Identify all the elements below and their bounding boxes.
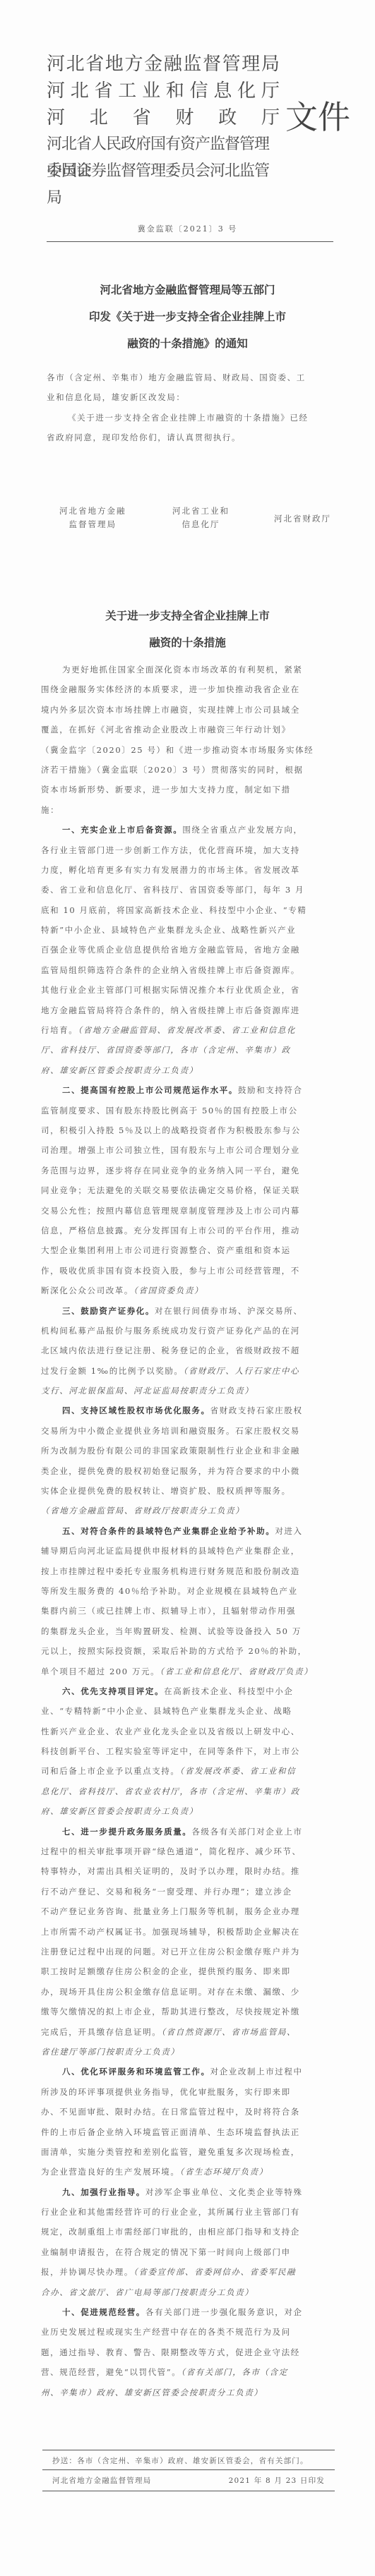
text-line: 过发行金额 1‰的比例予以奖励。（省财政厅、人行石家庄中心 (41, 1361, 335, 1381)
text-line: 报，并协调尽快办理。（省委宣传部、省委网信办、省委军民融 (41, 2262, 335, 2282)
text-line: 北区域内依法进行登记注册、税务登记的企业，省级财政按不超 (41, 1341, 335, 1360)
measure-heading: 八、优化环评服务和环境监管工作。 (62, 2067, 210, 2076)
text-line: 业编制申请报告，在符合规定的情况下第一时间向上级部门申 (41, 2242, 335, 2262)
responsible-departments: （省发展改革委、省工业和信 (180, 1766, 297, 1776)
text-line: 营、规范经营，避免“以罚代管”。（省有关部门，各市（含定 (41, 2362, 335, 2382)
text-line: 省住建厅等部门按职责分工负责） (41, 2042, 335, 2062)
text-line: 底和 10 月底前，将国家高新技术企业、科技型中小企业、“专精 (41, 900, 335, 920)
measures-body: 为更好地抓住国家全面深化资本市场改革的有利契机，紧紧围绕金融服务实体经济的本质要… (41, 660, 335, 2402)
doc-type-label: 文件 (285, 96, 350, 138)
measure-heading-line: 四、支持区域性股权市场优化服务。省财政支持石家庄股权 (41, 1401, 335, 1420)
text-line: 行不动产登记、交易和税务“一窗受理、并行办理”；建立涉企 (41, 1882, 335, 1901)
text-line: 府、雄安新区管委会按职责分工负责） (41, 1060, 335, 1080)
issuer-line: 中国证券监督管理委员会河北监管局 (47, 158, 280, 185)
text-line: 上市所需不动产权属证书。加强现场辅导，积极帮助企业解决在 (41, 1922, 335, 1942)
text-line: 同业竞争；无法避免的关联交易要依法确定交易价格，保证关联 (41, 1180, 335, 1200)
text-line: 监管局组织筛选符合条件的企业纳入省级挂牌上市后备资源库。 (41, 960, 335, 980)
issuer-char: 北 (71, 78, 89, 104)
issuer-char: 北 (90, 104, 108, 131)
text-line: 百强企业等优质企业信息提供给省地方金融监管局，省地方金融 (41, 940, 335, 960)
text-line: 等所发生服务费的 40％给予补助。对企业规模在县域特色产业 (41, 1581, 335, 1601)
signature-finance-dept: 河北省财政厅 (274, 512, 331, 526)
text-line: 业历史发展过程或现实生产经营中存在的各类不规范行为及问 (41, 2322, 335, 2342)
text-line: 所为改制为股份有限公司的非国家政策限制性行业企业和非金融 (41, 1441, 335, 1461)
text-line: 为企业营造良好的生产发展环境。（省生态环境厅负责） (41, 2162, 335, 2182)
measure-heading-line: 五、对符合条件的县域特色产业集群企业给予补助。对进入 (41, 1521, 335, 1541)
responsible-departments: 厅、省科技厅、省国资委等部门，各市（含定州、辛集市）政 (41, 1045, 291, 1055)
issuer-char: 厅 (261, 104, 280, 131)
responsible-departments: （省工业和信息化厅、省财政厅负责） (160, 1667, 313, 1676)
responsible-departments: （省国资委负责） (133, 1286, 203, 1295)
measure-heading-line: 十、促进规范经营。各有关部门进一步强化服务意识，对企 (41, 2302, 335, 2322)
text-line: 围绕金融服务实体经济的本质要求，进一步加快推动我省企业在 (41, 679, 335, 699)
text-line: 资本市场新形势、新要求，进一步加大支持力度，制定如下措 (41, 780, 335, 799)
issue-date: 2021 年 8 月 23 日印发 (229, 2471, 325, 2491)
responsible-departments: 府、雄安新区管委会按职责分工负责） (41, 1806, 198, 1816)
text-line: 力度，孵化培育更多有实力有发展潜力的市场主体。省发展改革 (41, 860, 335, 880)
measure-heading: 四、支持区域性股权市场优化服务。 (62, 1405, 210, 1415)
text-line: 集群内前三（或已挂牌上市、拟辅导上市），且辐射带动作用强 (41, 1601, 335, 1621)
text-line: 为更好地抓住国家全面深化资本市场改革的有利契机，紧紧 (41, 660, 335, 679)
responsible-departments: （省地方金融监管局、省财政厅按职责分工负责） (41, 1506, 244, 1516)
issuer-char: 省 (95, 78, 113, 104)
measure-heading-line: 八、优化环评服务和环境监管工作。对企业改制上市过程中 (41, 2062, 335, 2081)
measure-heading-line: 二、提高国有控股上市公司规范运作水平。鼓励和支持符合 (41, 1080, 335, 1100)
text-line: 实体企业提供免费的股权转让、增资扩股、股权质押等服务。 (41, 1481, 335, 1501)
measure-heading-line: 一、充实企业上市后备资源。围绕全省重点产业发展方向， (41, 820, 335, 840)
issuer-char: 融 (164, 51, 182, 78)
issuer-char: 河 (47, 78, 65, 104)
text-line: 业和信息化局，雄安新区改发局： (47, 388, 336, 408)
text-line: 机构间私募产品报价与服务系统成功发行资产证券化产品的在河 (41, 1321, 335, 1341)
text-line: 司，积极引入持股 5％及以上的战略投资者作为积极股东参与公 (41, 1120, 335, 1140)
text-line: 题，通过指导、教育、警告、限期整改等方式，促进企业守法经 (41, 2342, 335, 2362)
measures-title: 关于进一步支持全省企业挂牌上市 融资的十条措施 (0, 603, 375, 656)
text-line: 办、不见面审批、限时办结。在日常监管过程中，及时将符合条 (41, 2102, 335, 2122)
responsible-departments: （省地方金融监管局、省发展改革委、省工业和信息化 (78, 1025, 296, 1035)
issuer-name: 河北省地方金融监督管理局 (52, 2471, 151, 2491)
text-line: 省政府同意，现印发给你们，请认真贯彻执行。 (47, 428, 336, 448)
text-line: 州、辛集市）政府、雄安新区管委会按职责分工负责） (41, 2383, 335, 2402)
signature-finance-bureau: 河北省地方金融 监督管理局 (59, 504, 126, 531)
responsible-departments: 合办、省文旅厅、省广电局等部门按职责分工负责） (41, 2287, 254, 2297)
notice-title: 河北省地方金融监督管理局等五部门 印发《关于进一步支持全省企业挂牌上市 融资的十… (0, 277, 375, 357)
issuer-line: 河北省人民政府国有资产监督管理委员会 (47, 131, 280, 158)
text-line: 交易公允性；按照内幕信息管理规章制度管理涉及上市公司内幕 (41, 1201, 335, 1221)
document-page: 河北省地方金融监督管理局 河北省工业和信息化厅 河北省财政厅 河北省人民政府国有… (0, 0, 375, 2576)
responsible-departments: 息化厅、省科技厅、省农业农村厅，各市（含定州、辛集市）政 (41, 1786, 300, 1796)
signature-industry-dept: 河北省工业和 信息化厅 (172, 504, 230, 531)
text-line: 厅、省科技厅、省国资委等部门，各市（含定州、辛集市）政 (41, 1040, 335, 1060)
text-line: 其他行业企业主管部门可根据实际情况推介本行业优质企业，省 (41, 980, 335, 1000)
text-line: 支行、河北银保监局、河北证监局按职责分工负责） (41, 1381, 335, 1401)
issuer-char: 省 (85, 51, 104, 78)
issuer-char: 河 (47, 104, 65, 131)
responsible-departments: 支行、河北银保监局、河北证监局按职责分工负责） (41, 1386, 254, 1396)
footer: 抄送：各市（含定州、辛集市）政府、雄安新区管委会，省有关部门。 (42, 2451, 335, 2471)
text-line: 施： (41, 800, 335, 820)
text-line: 行业企业和其他需经营许可的行业企业，其所属行业主管部门有 (41, 2202, 335, 2222)
text-line: 元以上，按照实际投资额，采取后补助的方式给予 20％的补助， (41, 1641, 335, 1661)
text-line: 性新兴产业企业、农业产业化龙头企业以及省级以上研发中心、 (41, 1722, 335, 1741)
issuer-line: 河北省财政厅 (47, 104, 280, 131)
text-line: 大型企业集团利用上市公司进行资源整合、资产重组和资本运 (41, 1240, 335, 1260)
issuer-char: 中国证券监督管理委员会河北监管局 (47, 158, 280, 185)
issuer-char: 河北省人民政府国有资产监督管理委员会 (47, 131, 280, 158)
text-line: 各行业主管部门进一步创新工作方法，优化营商环境，加大支持 (41, 840, 335, 860)
text-line: 完成后，开具缴存信息证明。（省自然资源厅、省市场监管局、 (41, 2022, 335, 2042)
issuer-char: 政 (218, 104, 237, 131)
text-line: 按上市挂牌过程中委托专业服务机构进行财务规范和股份制改造 (41, 1561, 335, 1581)
text-line: 委、省工业和信息化厅、省科技厅、省国资委等部门，每年 3 月 (41, 880, 335, 900)
text-line: 司和后备上市企业予以重点支持。（省发展改革委、省工业和信 (41, 1761, 335, 1781)
measure-heading: 五、对符合条件的县域特色产业集群企业给予补助。 (62, 1526, 275, 1536)
text-line: 过程中的相关审批事项开辟“绿色通道”，简化程序、减少环节、 (41, 1842, 335, 1861)
text-line: 监管制度要求、国有股东持股比例高于 50％的国有控股上市公 (41, 1101, 335, 1120)
issuer-char: 化 (237, 78, 256, 104)
issuer-char: 督 (203, 51, 221, 78)
text-line: 职工按时足额缴存住房公积金的企业，提供预约服务、即来即 (41, 1961, 335, 1981)
responsible-departments: （省有关部门，各市（含定 (181, 2367, 287, 2377)
text-line: 《关于进一步支持全省企业挂牌上市融资的十条措施》已经 (47, 409, 336, 428)
text-line: 覆盖，在抓好《河北省推动企业股改上市融资三年行动计划》 (41, 720, 335, 739)
text-line: 辅导期后向河北证监局提供申报材料的县域特色产业集群企业， (41, 1541, 335, 1561)
responsible-departments: （省自然资源厅、省市场监管局、 (161, 2027, 296, 2037)
text-line: 科技创新平台、工程实验室等评定中，在同等条件下，对上市公 (41, 1741, 335, 1761)
measure-heading: 二、提高国有控股上市公司规范运作水平。 (62, 1085, 238, 1095)
text-line: 府、雄安新区管委会按职责分工负责） (41, 1801, 335, 1821)
text-line: （冀金监字〔2020〕25 号）和《进一步推动资本市场服务实体经 (41, 740, 335, 760)
text-line: 类企业，提供免费的股权初始登记服务，并为符合要求的中小微 (41, 1461, 335, 1481)
issuer-line: 河北省地方金融监督管理局 (47, 51, 280, 78)
issuer-char: 省 (133, 104, 151, 131)
text-line: 地方金融监管局将符合条件的，纳入省级挂牌上市后备资源库进 (41, 1000, 335, 1020)
measure-heading: 六、优先支持项目评定。 (62, 1686, 164, 1696)
responsible-departments: （省委宣传部、省委网信办、省委军民融 (133, 2267, 296, 2277)
text-line: 面清单，实施分类管控和差别化监管，避免重复多次现场检查， (41, 2142, 335, 2162)
text-line: 不动产登记业务咨询、批量业务上门服务等机制，服务企业办理 (41, 1901, 335, 1921)
text-line: 业、“专精特新”中小企业、县域特色产业集群龙头企业、战略 (41, 1701, 335, 1721)
measure-heading: 一、充实企业上市后备资源。 (62, 825, 182, 835)
responsible-departments: 省住建厅等部门按职责分工负责） (41, 2047, 180, 2057)
text-line: 合办、省文旅厅、省广电局等部门按职责分工负责） (41, 2282, 335, 2302)
text-line: 各市（含定州、辛集市）地方金融监管局、财政局、国资委、工 (47, 368, 336, 388)
measure-heading: 七、进一步提升政务服务质量。 (62, 1827, 191, 1837)
measure-heading: 九、加强行业指导。 (62, 2187, 145, 2197)
issuer-char: 信 (190, 78, 208, 104)
issuer-char: 金 (144, 51, 162, 78)
text-line: 办，现场开具住房公积金缴存信息证明。对存在未缴、漏缴、少 (41, 1982, 335, 2002)
issuer-char: 厅 (261, 78, 280, 104)
issuer-char: 工 (118, 78, 136, 104)
issuer-char: 管 (222, 51, 241, 78)
text-line: 务范围与边界，逐步将存在同业竞争的业务纳入同一平台，避免 (41, 1161, 335, 1180)
issuer-char: 北 (66, 51, 85, 78)
text-line: 缴等欠缴情况的拟上市企业，帮助其进行整改，尽快按规定补缴 (41, 2002, 335, 2021)
responsible-departments: 府、雄安新区管委会按职责分工负责） (41, 1065, 198, 1075)
text-line: 息化厅、省科技厅、省农业农村厅，各市（含定州、辛集市）政 (41, 1782, 335, 1801)
issuer-line: 河北省工业和信息化厅 (47, 78, 280, 104)
issuer-char: 监 (183, 51, 201, 78)
text-line: 断深化公众公司改革。（省国资委负责） (41, 1281, 335, 1300)
footer-top-rule (42, 2450, 335, 2450)
responsible-departments: （省生态环境厅负责） (180, 2167, 268, 2177)
text-line: 特事特办，对需出具相关证明的，及时予以办理，限时办结。推 (41, 1861, 335, 1881)
notice-body: 各市（含定州、辛集市）地方金融监管局、财政局、国资委、工业和信息化局，雄安新区改… (47, 368, 336, 449)
text-line: 件的上市后备企业纳入环境监管正面清单、生态环境监督执法正 (41, 2122, 335, 2142)
responsible-departments: （省财政厅、人行石家庄中心 (184, 1366, 300, 1376)
issuer-char: 河 (47, 51, 65, 78)
issuer-char: 方 (125, 51, 143, 78)
text-line: 注册登记过程中出现的问题。对已开立住房公积金缴存账户并为 (41, 1942, 335, 1961)
measure-heading-line: 九、加强行业指导。对涉军企事业单位、文化类企业等特殊 (41, 2182, 335, 2202)
measure-heading: 十、促进规范经营。 (62, 2307, 145, 2317)
text-line: 的集群龙头企业，当年购置研发、检测、试验等设备投入 50 万 (41, 1621, 335, 1641)
footer-mid-rule (42, 2469, 335, 2470)
issuer-char: 财 (175, 104, 194, 131)
text-line: 行培育。（省地方金融监管局、省发展改革委、省工业和信息化 (41, 1020, 335, 1040)
header-divider (47, 241, 333, 242)
issuer-char: 息 (213, 78, 232, 104)
issuer-char: 业 (142, 78, 160, 104)
issuer-char: 和 (166, 78, 184, 104)
text-line: 济若干措施》（冀金监联〔2020〕3 号）贯彻落实的同时，根据 (41, 760, 335, 780)
text-line: 特新”中小企业、县域特色产业集群龙头企业、战略性新兴产业 (41, 920, 335, 940)
footer-bottom-rule (42, 2491, 335, 2491)
text-line: 境内外多层次资本市场挂牌上市融资，实现挂牌上市公司县域全 (41, 700, 335, 720)
text-line: 单个项目不超过 200 万元。（省工业和信息化厅、省财政厅负责） (41, 1662, 335, 1681)
text-line: 信息，严格信息披露。充分发挥国有上市公司的平台作用，推动 (41, 1221, 335, 1240)
document-number: 冀金监联〔2021〕3 号 (0, 223, 375, 234)
issuer-char: 理 (242, 51, 260, 78)
measure-heading: 三、鼓励资产证券化。 (62, 1306, 155, 1316)
issuer-char: 地 (105, 51, 124, 78)
text-line: 所涉及的环评事项提供业务指导，优化审批服务，实行即来即 (41, 2082, 335, 2102)
measure-heading-line: 七、进一步提升政务服务质量。各级各有关部门对企业上市 (41, 1822, 335, 1842)
text-line: （省地方金融监管局、省财政厅按职责分工负责） (41, 1501, 335, 1520)
text-line: 司治理。增强上市公司独立性，国有股东与上市公司合理划分业 (41, 1140, 335, 1160)
text-line: 规定，改制重组上市需经部门审批的，由相应部门指导和支持企 (41, 2222, 335, 2242)
footer-issuer: 河北省地方金融监督管理局 2021 年 8 月 23 日印发 (42, 2471, 335, 2491)
measure-heading-line: 三、鼓励资产证券化。对在银行间债券市场、沪深交易所、 (41, 1301, 335, 1321)
responsible-departments: 州、辛集市）政府、雄安新区管委会按职责分工负责） (41, 2388, 263, 2397)
text-line: 交易所为中小微企业提供业务培训和融资服务。石家庄股权交易 (41, 1421, 335, 1441)
measure-heading-line: 六、优先支持项目评定。在高新技术企业、科技型中小企 (41, 1681, 335, 1701)
text-line: 作，吸收优质非国有资本投资入股，参与上市公司经营管理，不 (41, 1261, 335, 1281)
issuer-char: 局 (261, 51, 280, 78)
cc-line: 抄送：各市（含定州、辛集市）政府、雄安新区管委会，省有关部门。 (42, 2451, 335, 2471)
issuer-header: 河北省地方金融监督管理局 河北省工业和信息化厅 河北省财政厅 河北省人民政府国有… (47, 51, 280, 185)
